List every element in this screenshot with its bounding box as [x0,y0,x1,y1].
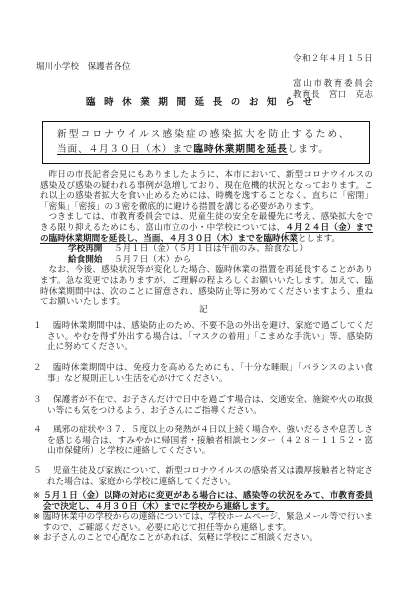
document-title: 臨時休業期間延長のお知らせ [0,98,407,109]
schedule-value: ５月１日（金）（５月１日は午前のみ、給食なし） [114,244,308,254]
item-text: 児童生徒及び家族について、新型コロナウイルスの感染者又は濃厚接触者と特定された場… [47,466,373,487]
item-text: 臨時休業期間中は、免疫力を高めるためにも、「十分な睡眠」「バランスのよい食事」な… [47,363,373,384]
note-mark: ※ [33,533,40,544]
item-number: ４ [33,425,42,436]
paragraph-2: つきましては、市教育委員会では、児童生徒の安全を最優先に考え、感染拡大をできる限… [40,212,373,244]
list-item: ５ 児童生徒及び家族について、新型コロナウイルスの感染者又は濃厚接触者と特定され… [33,466,373,487]
list-item: １ 臨時休業期間中は、感染防止のため、不要不急の外出を避け、家庭で過ごしてくださ… [33,321,373,353]
paragraph-3: なお、今後、感染状況等が変化した場合、臨時休業の措置を再延長することがあります。… [40,265,373,307]
summary-date: 当面、４月３０日（木）まで [57,144,193,155]
ki-heading: 記 [199,305,208,316]
note-mark: ※ [33,491,40,502]
item-number: ５ [33,466,42,477]
note-item: ※ ５月１日（金）以降の対応に変更がある場合には、感染等の状況をみて、市教育委員… [33,491,373,512]
schedule-label: 学校再開 [68,244,114,255]
list-item: ２ 臨時休業期間中は、免疫力を高めるためにも、「十分な睡眠」「バランスのよい食事… [33,363,373,384]
summary-line-1: 新型コロナウイルス感染症の感染拡大を防止するため、 [57,127,369,142]
paragraph-2-suffix: とします。 [298,234,340,244]
item-text: 臨時休業期間中は、感染防止のため、不要不急の外出を避け、家庭で過ごしてください。… [47,321,373,353]
document-date: 令和２年４月１５日 [293,54,373,65]
item-number: ３ [33,395,42,406]
note-text: お子さんのことで心配なことがあれば、気軽に学校にご相談ください。 [43,533,318,543]
summary-box: 新型コロナウイルス感染症の感染拡大を防止するため、 当面、４月３０日（木）まで臨… [42,121,370,164]
note-text-emphasis: ５月１日（金）以降の対応に変更がある場合には、感染等の状況をみて、市教育委員会で… [43,491,373,512]
body-text: 昨日の市長記者会見にもありましたように、本市において、新型コロナウイルスの感染及… [40,170,373,308]
recipient: 堀川小学校 保護者各位 [36,62,131,73]
item-number: ２ [33,363,42,374]
schedule-value: ５月７日（木）から [114,255,191,265]
note-item: ※ 臨時休業中の学校からの連絡については、学校ホームページ、緊急メール等で行いま… [33,512,373,533]
item-text: 風邪の症状や３７．５度以上の発熱が４日以上続く場合や、強いだるさや息苦しさを感じ… [47,425,373,457]
issuer-organization: 富山市教育委員会 [293,79,373,90]
summary-line-2: 当面、４月３０日（木）まで臨時休業期間を延長します。 [57,142,369,157]
paragraph-1: 昨日の市長記者会見にもありましたように、本市において、新型コロナウイルスの感染及… [40,170,373,212]
note-text: 臨時休業中の学校からの連絡については、学校ホームページ、緊急メール等で行いますの… [43,512,373,533]
note-mark: ※ [33,512,40,523]
item-text: 保護者が不在で、お子さんだけで日中を過ごす場合は、交通安全、施錠や火の取扱い等に… [47,395,373,416]
note-item: ※ お子さんのことで心配なことがあれば、気軽に学校にご相談ください。 [33,533,373,544]
summary-emphasis: 臨時休業期間を延長 [193,144,287,155]
schedule-label: 給食開始 [68,255,114,266]
summary-suffix: します。 [288,144,329,155]
schedule-lunch-start: 給食開始５月７日（木）から [40,255,373,266]
notes: ※ ５月１日（金）以降の対応に変更がある場合には、感染等の状況をみて、市教育委員… [33,491,373,544]
item-number: １ [33,321,42,332]
list-item: ４ 風邪の症状や３７．５度以上の発熱が４日以上続く場合や、強いだるさや息苦しさを… [33,425,373,457]
schedule-school-reopen: 学校再開５月１日（金）（５月１日は午前のみ、給食なし） [40,244,373,255]
list-item: ３ 保護者が不在で、お子さんだけで日中を過ごす場合は、交通安全、施錠や火の取扱い… [33,395,373,416]
